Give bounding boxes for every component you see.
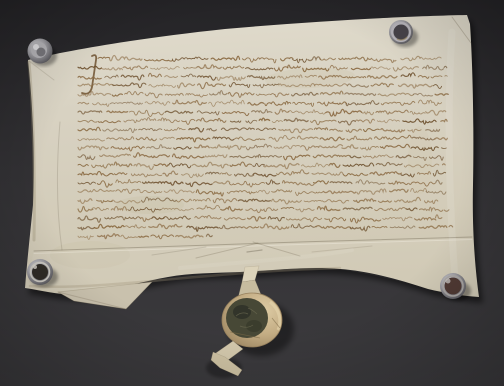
vignette-overlay — [0, 0, 504, 386]
charter-photo-canvas — [0, 0, 504, 386]
charter-photo — [0, 0, 504, 386]
